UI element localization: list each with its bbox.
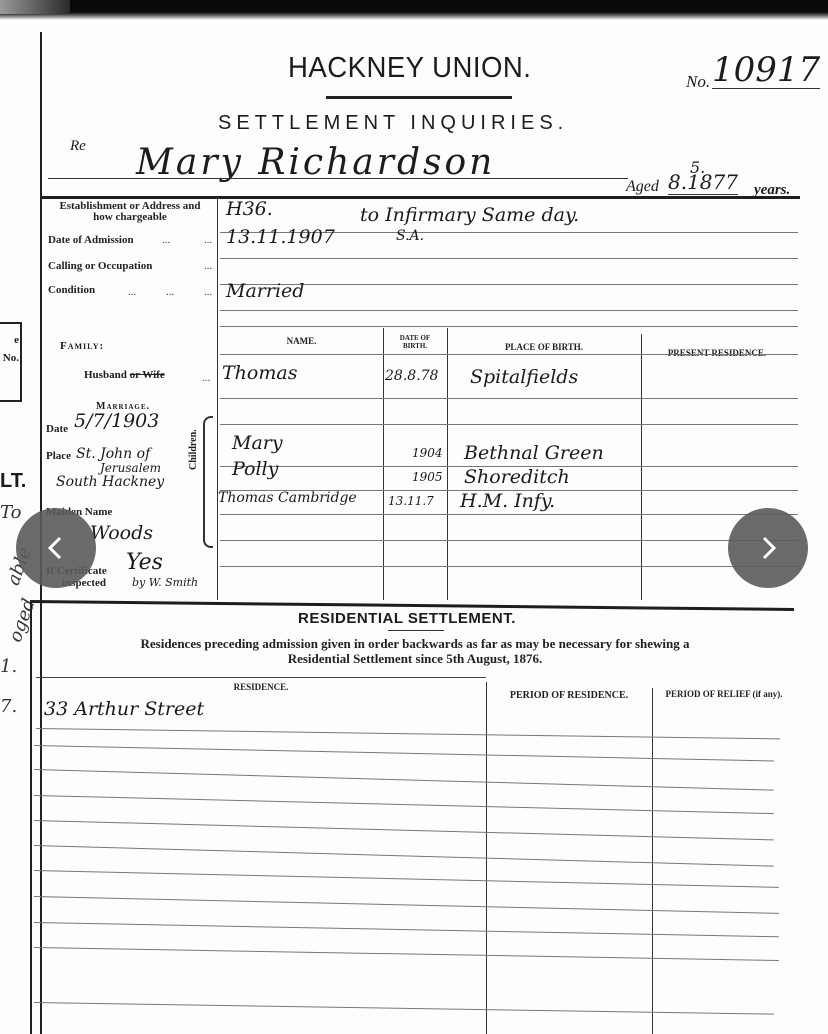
leader-dots: ... [204,234,212,246]
table-line [220,424,798,425]
chevron-right-icon [754,534,782,562]
subject-name: Mary Richardson [136,142,495,183]
adjacent-page-text: No. [3,352,19,364]
marriage-date: 5/7/1903 [74,410,159,432]
husband-label: Husband or Wife [84,369,165,381]
table-line [34,820,774,840]
label-column-divider [217,198,218,600]
admission-value: 13.11.1907 [226,226,335,248]
table-line [220,398,798,399]
case-number: 10917 [712,52,820,89]
table-line [34,795,774,814]
admission-label: Date of Admission [48,234,134,246]
page-left-border-lower [30,600,32,1034]
marriage-place-line1: St. John of [76,446,150,462]
certificate-value: Yes [126,550,163,575]
table-line [34,745,774,761]
re-label: Re [70,138,86,155]
aged-label: Aged [626,178,659,196]
table-line [34,845,774,867]
leader-dots: ... [204,286,212,298]
child-dob: 13.11.7 [388,494,434,508]
husband-label-text: Husband [84,369,127,381]
period-relief-divider [652,688,653,1034]
column-header-period-relief: PERIOD OF RELIEF (if any). [664,690,784,699]
document-subtitle: SETTLEMENT INQUIRIES. [218,112,568,135]
husband-name: Thomas [222,362,297,384]
birth-date: 8.1877 [668,170,738,195]
establishment-label: Establishment or Address and how chargea… [50,201,210,223]
maiden-name: Woods [90,522,153,544]
table-line [34,769,774,791]
adjacent-page-handwriting: 1. [0,656,17,677]
occupation-label: Calling or Occupation [48,260,152,272]
leader-dots: ... [166,286,174,298]
marriage-place-line3: South Hackney [56,474,164,490]
certificate-note: by W. Smith [132,576,198,589]
table-line [36,728,780,739]
residence-address: 33 Arthur Street [44,698,204,720]
column-header-place: PLACE OF BIRTH. [447,342,641,352]
child-birthplace: H.M. Infy. [460,490,555,512]
marriage-place-line2: Jerusalem [100,461,161,475]
column-header-period-residence: PERIOD OF RESIDENCE. [488,690,650,701]
table-line [220,354,798,355]
admission-note: S.A. [396,228,424,244]
case-number-label: No. [686,72,710,92]
document-title: HACKNEY UNION. [288,52,531,85]
condition-label: Condition [48,284,95,296]
child-dob: 1904 [412,446,443,460]
children-brace [203,416,213,548]
residence-column-divider [641,334,642,600]
adjacent-page-handwriting: oged [5,596,40,645]
place-column-divider [447,328,448,600]
establishment-note: to Infirmary Same day. [360,204,579,226]
table-line [220,566,798,567]
next-image-button[interactable] [728,508,808,588]
table-line [220,514,798,515]
adjacent-page-heading: LT. [0,470,26,493]
child-name: Mary [232,432,283,454]
leader-dots: ... [204,260,212,272]
previous-image-button[interactable] [16,508,96,588]
child-name: Thomas Cambridge [218,490,357,506]
child-birthplace: Shoreditch [464,466,570,488]
residential-settlement-description: Residences preceding admission given in … [120,636,710,666]
table-line [36,677,486,678]
table-line [220,326,798,327]
field-line [220,310,798,311]
condition-value: Married [226,280,304,302]
field-line [220,258,798,259]
chevron-left-icon [42,534,70,562]
family-label: Family: [60,340,104,352]
table-line [34,922,779,937]
column-header-residence: PRESENT RESIDENCE. [642,348,792,358]
column-header-name: NAME. [220,336,383,346]
adjacent-page-handwriting: 7. [0,696,17,717]
table-line [220,540,798,541]
table-line [34,947,779,961]
child-name: Polly [232,458,278,480]
struck-wife-text: or Wife [130,369,165,381]
adjacent-page-text: e [14,334,19,346]
marriage-place-label: Place [46,450,71,462]
leader-dots: ... [202,372,210,384]
child-birthplace: Bethnal Green [464,442,604,464]
field-line [220,284,798,285]
table-line [34,896,779,914]
scan-top-edge [0,0,828,20]
leader-dots: ... [162,234,170,246]
marriage-date-label: Date [46,423,68,435]
husband-dob: 28.8.78 [385,368,438,384]
establishment-value: H36. [226,198,273,220]
husband-birthplace: Spitalfields [470,366,578,388]
column-header-residence: RESIDENCE. [36,682,486,692]
leader-dots: ... [128,286,136,298]
table-line [34,870,779,888]
name-underline [48,178,628,179]
dob-column-divider [383,328,384,600]
section-rule [42,196,800,199]
column-header-dob: DATE OF BIRTH. [390,334,440,350]
adjacent-page-box: e No. [0,322,22,402]
residential-settlement-title: RESIDENTIAL SETTLEMENT. [298,610,516,627]
scan-corner [0,0,70,14]
adjacent-page-handwriting: To [0,502,21,523]
child-dob: 1905 [412,470,443,484]
title-underline [326,96,512,99]
title-underline [388,630,444,631]
children-label: Children. [188,429,199,470]
table-line [34,1002,774,1015]
